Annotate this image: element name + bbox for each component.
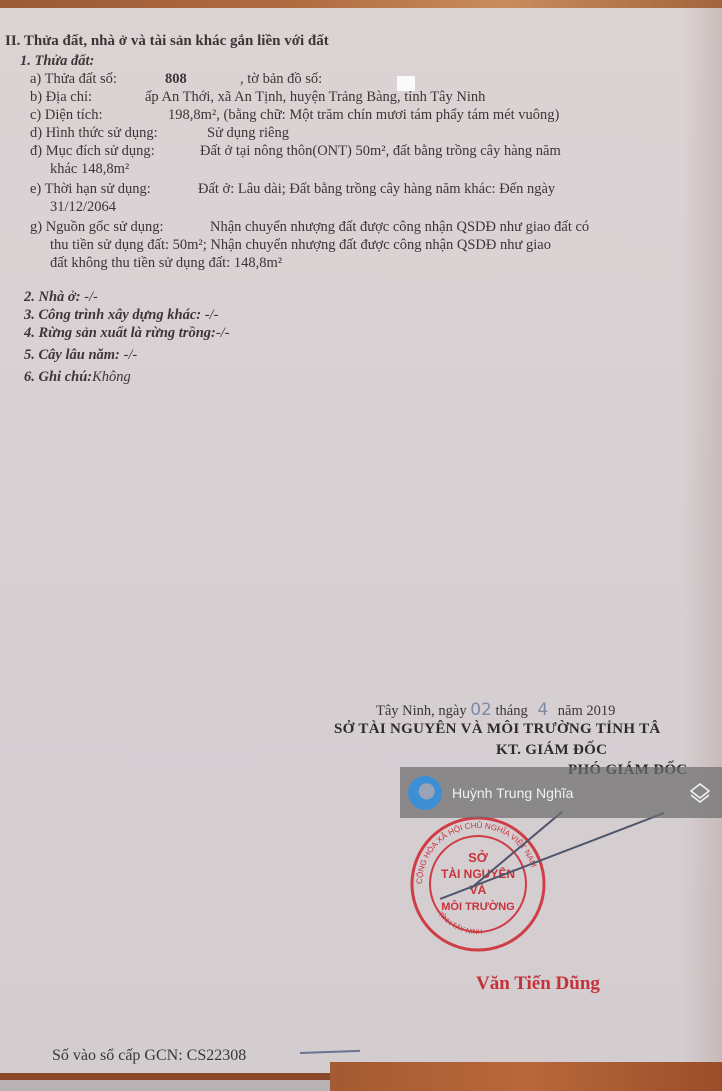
handwritten-month: 4 [537,700,548,720]
usage-term-value-2: 31/12/2064 [50,200,116,215]
origin-label: g) Nguồn gốc sử dụng: [30,220,164,235]
registry-number: Số vào sổ cấp GCN: CS22308 [52,1048,246,1064]
layers-icon[interactable] [688,781,712,805]
parcel-number-value: 808 [165,72,187,87]
author-overlay-bar[interactable]: Huỳnh Trung Nghĩa [400,767,722,818]
user-avatar-icon[interactable] [408,776,442,810]
place-date: Tây Ninh, ngày 02 tháng 4 năm 2019 [376,702,615,719]
usage-purpose-value-1: Đất ở tại nông thôn(ONT) 50m², đất bằng … [200,144,561,159]
background-wood-bottom [330,1062,722,1091]
usage-purpose-label: đ) Mục đích sử dụng: [30,144,155,159]
svg-text:SỞ: SỞ [468,850,489,865]
svg-text:TỈNH TÂY NINH: TỈNH TÂY NINH [436,911,482,936]
address-value: ấp An Thới, xã An Tịnh, huyện Trảng Bàng… [145,90,485,105]
handwritten-day: 02 [470,700,492,720]
svg-text:MÔI TRƯỜNG: MÔI TRƯỜNG [441,900,515,913]
perennial-trees-item: 5. Cây lâu năm: -/- [24,348,137,363]
other-construction-item: 3. Công trình xây dựng khác: -/- [24,308,218,323]
usage-term-label: e) Thời hạn sử dụng: [30,182,151,197]
usage-term-value-1: Đất ở: Lâu dài; Đất bằng trồng cây hàng … [198,182,555,197]
origin-value-3: đất không thu tiền sử dụng đất: 148,8m² [50,256,282,271]
address-label: b) Địa chỉ: [30,90,92,105]
on-behalf-title: KT. GIÁM ĐỐC [496,743,607,758]
map-sheet-label: , tờ bản đồ số: [240,72,322,87]
usage-purpose-value-2: khác 148,8m² [50,162,129,177]
area-label: c) Diện tích: [30,108,102,123]
section-title: II. Thửa đất, nhà ở và tài sản khác gắn … [5,34,329,49]
registry-initial-stroke [300,1050,360,1054]
planted-forest-item: 4. Rừng sản xuất là rừng trồng:-/- [24,326,230,341]
author-name[interactable]: Huỳnh Trung Nghĩa [452,785,573,801]
origin-value-1: Nhận chuyển nhượng đất được công nhận QS… [210,220,589,235]
usage-form-value: Sử dụng riêng [207,126,289,141]
notes-item: 6. Ghi chú:Không [24,370,131,385]
area-value: 198,8m², (bằng chữ: Một trăm chín mươi t… [168,108,559,123]
land-heading: 1. Thửa đất: [20,54,94,69]
land-certificate-page: II. Thửa đất, nhà ở và tài sản khác gắn … [0,8,722,1073]
issuing-agency: SỞ TÀI NGUYÊN VÀ MÔI TRƯỜNG TỈNH TÂ [334,722,661,737]
signer-name: Văn Tiến Dũng [476,973,600,995]
paper-edge-bottom [0,1080,330,1091]
house-item: 2. Nhà ở: -/- [24,290,98,305]
usage-form-label: d) Hình thức sử dụng: [30,126,158,141]
origin-value-2: thu tiền sử dụng đất: 50m²; Nhận chuyển … [50,238,551,253]
parcel-number-label: a) Thửa đất số: [30,72,117,87]
